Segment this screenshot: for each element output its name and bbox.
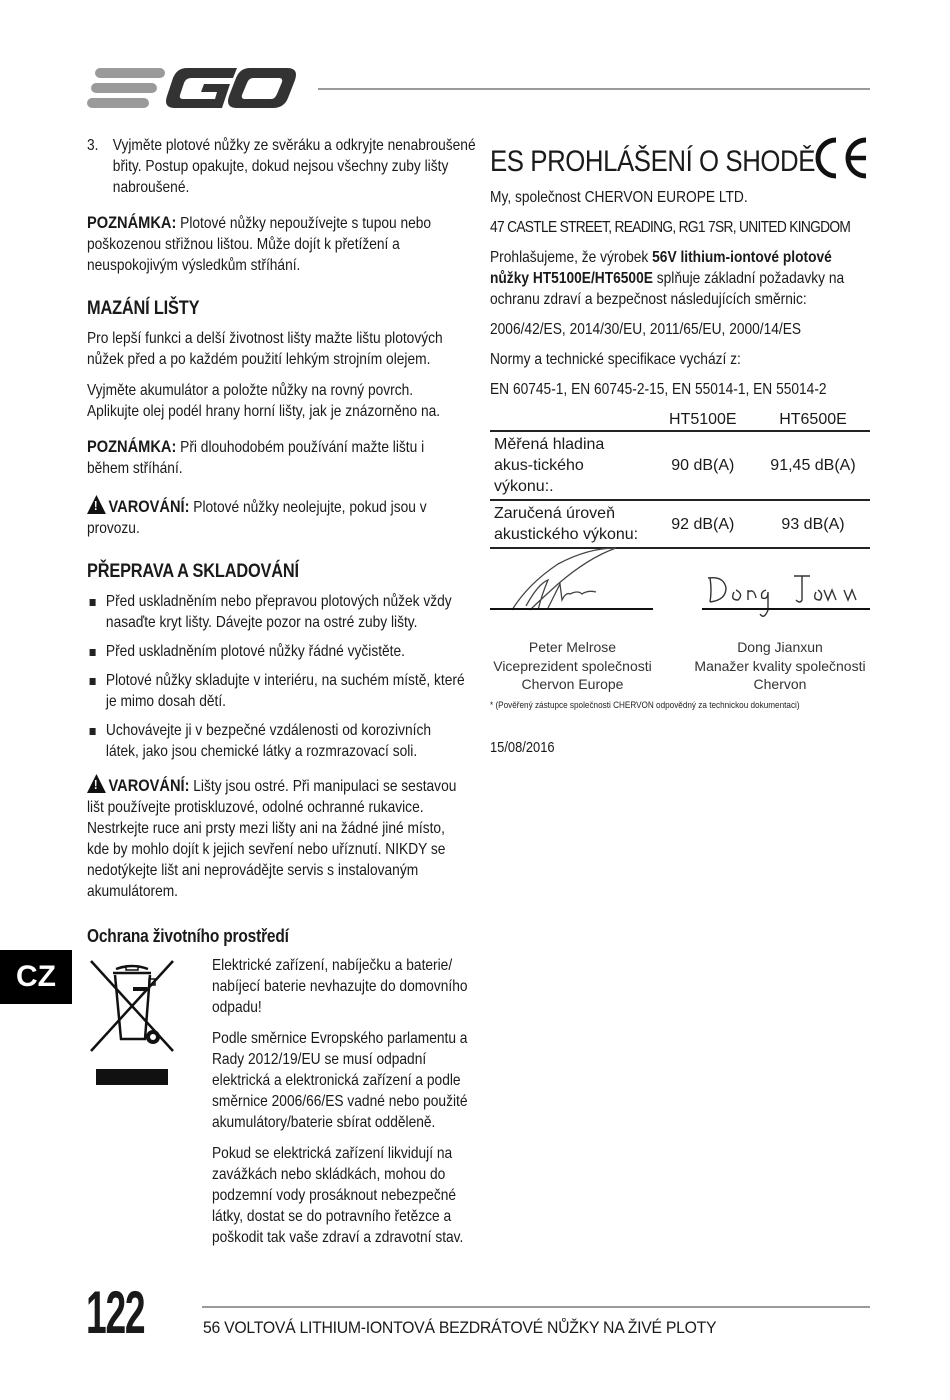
- environment-heading: Ochrana životního prostředí: [87, 926, 465, 947]
- declaration-text: Prohlašujeme, že výrobek 56V lithium-ion…: [490, 247, 868, 310]
- lubrication-paragraph: Vyjměte akumulátor a položte nůžky na ro…: [87, 380, 465, 422]
- warning-triangle-icon: [87, 495, 106, 514]
- step-3: 3. Vyjměte plotové nůžky ze svěráku a od…: [87, 135, 491, 198]
- transport-list: Před uskladněním nebo přepravou plotovýc…: [87, 591, 465, 762]
- list-item: Před uskladněním nebo přepravou plotovýc…: [87, 591, 465, 633]
- table-header: [490, 409, 650, 431]
- footnote: * (Pověřený zástupce společnosti CHERVON…: [490, 700, 800, 711]
- table-header: HT6500E: [756, 409, 870, 431]
- note-label: POZNÁMKA:: [87, 437, 176, 456]
- header-rule: [318, 88, 870, 90]
- step-text: Vyjměte plotové nůžky ze svěráku a odkry…: [113, 137, 476, 196]
- environment-block: Elektrické zařízení, nabíječku a baterie…: [87, 955, 527, 1248]
- ego-logo: [87, 64, 299, 112]
- signature-peter-melrose: [508, 544, 618, 614]
- lubrication-paragraph: Pro lepší funkci a delší životnost lišty…: [87, 328, 465, 370]
- list-item: Před uskladněním plotové nůžky řádné vyč…: [87, 641, 465, 662]
- language-code: CZ: [16, 960, 56, 993]
- warning-blades: VAROVÁNÍ: Lišty jsou ostré. Při manipula…: [87, 774, 465, 902]
- table-row: Měřená hladina akus-tického výkonu:. 90 …: [490, 431, 870, 500]
- warning-label: VAROVÁNÍ:: [109, 776, 190, 795]
- cell-value: 91,45 dB(A): [756, 431, 870, 500]
- row-label: Měřená hladina akus-tického výkonu:.: [490, 431, 650, 500]
- note-dull-blade: POZNÁMKA: Plotové nůžky nepoužívejte s t…: [87, 212, 465, 276]
- noise-table: HT5100E HT6500E Měřená hladina akus-tick…: [490, 409, 870, 549]
- signatory-title: Manažer kvality společnosti: [690, 657, 870, 676]
- note-label: POZNÁMKA:: [87, 213, 176, 232]
- signatory-block: Dong Jianxun Manažer kvality společnosti…: [690, 638, 870, 694]
- language-tab: CZ: [0, 950, 72, 1004]
- signature-line: [490, 608, 653, 610]
- signatory-company: Chervon: [690, 675, 870, 694]
- standards: EN 60745-1, EN 60745-2-15, EN 55014-1, E…: [490, 379, 868, 400]
- footer-rule: [202, 1306, 870, 1308]
- weee-crossed-bin-icon: [87, 955, 177, 1085]
- signatory-title: Viceprezident společnosti: [480, 657, 665, 676]
- environment-paragraph: Pokud se elektrická zařízení likvidují n…: [212, 1143, 479, 1248]
- warning-label: VAROVÁNÍ:: [109, 497, 190, 516]
- note-lubrication: POZNÁMKA: Při dlouhodobém používání mažt…: [87, 436, 465, 479]
- page-number: 122: [86, 1278, 144, 1348]
- signatory-company: Chervon Europe: [480, 675, 665, 694]
- standards-intro: Normy a technické specifikace vychází z:: [490, 349, 868, 370]
- declaration-date: 15/08/2016: [490, 739, 555, 756]
- signature-dong-jianxun: [704, 570, 864, 630]
- signatures: Peter Melrose Viceprezident společnosti …: [490, 540, 870, 700]
- transport-heading: PŘEPRAVA A SKLADOVÁNÍ: [87, 561, 465, 583]
- company-line: My, společnost CHERVON EUROPE LTD.: [490, 187, 868, 208]
- signatory-name: Peter Melrose: [480, 638, 665, 657]
- environment-paragraph: Podle směrnice Evropského parlamentu a R…: [212, 1028, 479, 1133]
- environment-paragraph: Elektrické zařízení, nabíječku a baterie…: [212, 955, 479, 1018]
- directives: 2006/42/ES, 2014/30/EU, 2011/65/EU, 2000…: [490, 319, 868, 340]
- step-number: 3.: [87, 135, 98, 156]
- footer-title: 56 VOLTOVÁ LITHIUM-IONTOVÁ BEZDRÁTOVÉ NŮ…: [203, 1318, 716, 1338]
- declaration-title: ES PROHLÁŠENÍ O SHODĚ: [490, 145, 868, 179]
- signatory-name: Dong Jianxun: [690, 638, 870, 657]
- signature-line: [702, 608, 870, 610]
- table-header: HT5100E: [650, 409, 756, 431]
- warning-lubrication: VAROVÁNÍ: Plotové nůžky neolejujte, poku…: [87, 495, 465, 539]
- declaration-of-conformity: ES PROHLÁŠENÍ O SHODĚ My, společnost CHE…: [490, 140, 930, 549]
- signatory-block: Peter Melrose Viceprezident společnosti …: [480, 638, 665, 694]
- list-item: Plotové nůžky skladujte v interiéru, na …: [87, 670, 465, 712]
- list-item: Uchovávejte ji v bezpečné vzdálenosti od…: [87, 720, 465, 762]
- lubrication-heading: MAZÁNÍ LIŠTY: [87, 298, 465, 320]
- company-address: 47 CASTLE STREET, READING, RG1 7SR, UNIT…: [490, 217, 868, 238]
- warning-triangle-icon: [87, 774, 106, 793]
- cell-value: 90 dB(A): [650, 431, 756, 500]
- declaration-prefix: Prohlašujeme, že výrobek: [490, 249, 652, 266]
- left-column: 3. Vyjměte plotové nůžky ze svěráku a od…: [87, 135, 527, 1258]
- warning-text: Lišty jsou ostré. Při manipulaci se sest…: [87, 778, 456, 900]
